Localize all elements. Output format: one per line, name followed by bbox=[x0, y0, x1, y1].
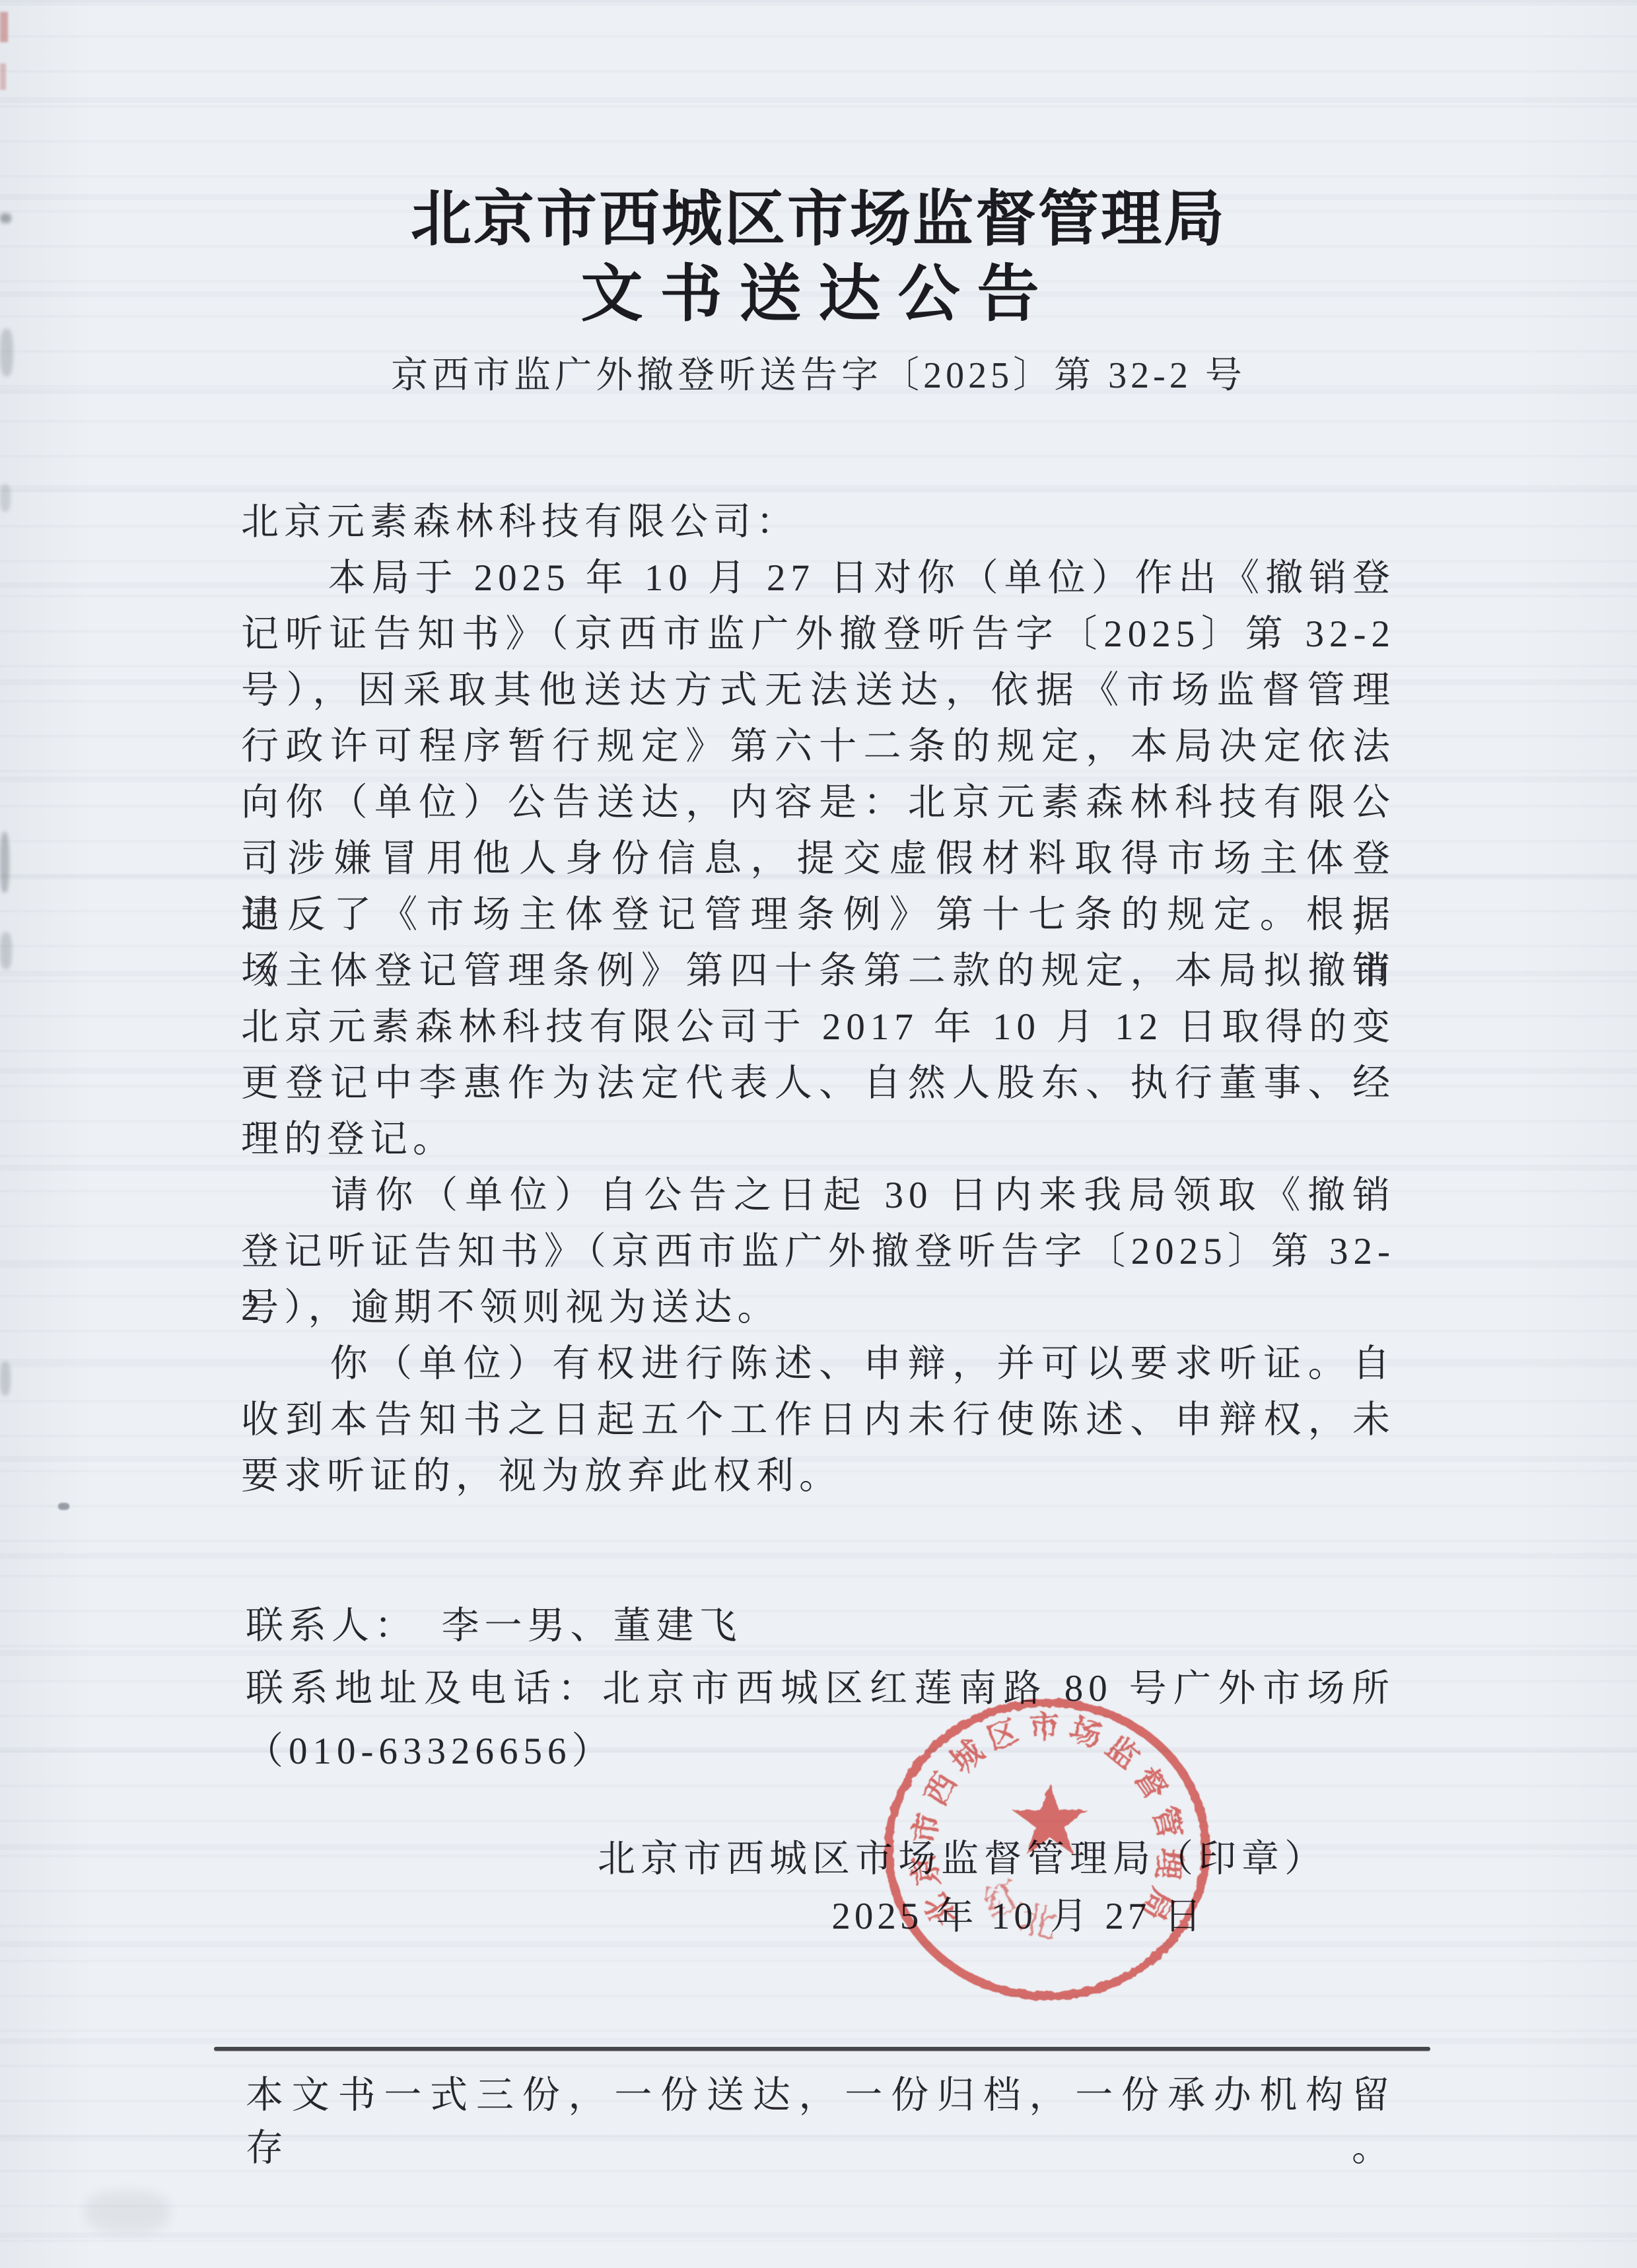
body-line: 记听证告知书》（京西市监广外撤登听告字〔2025〕第 32-2 bbox=[241, 606, 1395, 662]
scan-artifact bbox=[0, 932, 12, 969]
footer-note: 本文书一式三份，一份送达，一份归档，一份承办机构留存。 bbox=[246, 2069, 1395, 2175]
body-line: 违反了《市场主体登记管理条例》第十七条的规定。根据《市 bbox=[241, 887, 1395, 943]
body-line: 登记听证告知书》（京西市监广外撤登听告字〔2025〕第 32-2 bbox=[241, 1223, 1395, 1280]
body-line: 理的登记。 bbox=[241, 1111, 1395, 1167]
scan-artifact bbox=[0, 484, 11, 512]
body-line: 要求听证的，视为放弃此权利。 bbox=[241, 1448, 1395, 1504]
document-body: 北京元素森林科技有限公司： 本局于 2025 年 10 月 27 日对你（单位）… bbox=[241, 494, 1395, 1504]
scan-artifact bbox=[0, 1361, 11, 1396]
body-line: 号），因采取其他送达方式无法送达，依据《市场监督管理 bbox=[241, 662, 1395, 718]
body-line: 你（单位）有权进行陈述、申辩，并可以要求听证。自 bbox=[241, 1336, 1395, 1392]
body-line: 司涉嫌冒用他人身份信息，提交虚假材料取得市场主体登记， bbox=[241, 831, 1395, 887]
footer-divider-line bbox=[214, 2047, 1430, 2051]
body-line: 向你（单位）公告送达，内容是：北京元素森林科技有限公 bbox=[241, 774, 1395, 831]
body-line: 请你（单位）自公告之日起 30 日内来我局领取《撤销 bbox=[241, 1167, 1395, 1223]
document-title-line2: 文书送达公告 bbox=[0, 259, 1637, 330]
scan-artifact bbox=[0, 832, 9, 893]
body-line: 北京元素森林科技有限公司： bbox=[241, 494, 1395, 550]
contact-line: 联系人： 李一男、董建飞 bbox=[246, 1595, 1395, 1657]
seal-inner-mark: 北 bbox=[1015, 1897, 1061, 1947]
body-line: 北京元素森林科技有限公司于 2017 年 10 月 12 日取得的变 bbox=[241, 999, 1395, 1055]
body-line: 行政许可程序暂行规定》第六十二条的规定，本局决定依法 bbox=[241, 718, 1395, 774]
scanned-document-page: 北京市西城区市场监督管理局 文书送达公告 京西市监广外撤登听送告字〔2025〕第… bbox=[0, 0, 1637, 2268]
body-line: 场主体登记管理条例》第四十条第二款的规定，本局拟撤销 bbox=[241, 943, 1395, 999]
body-line: 本局于 2025 年 10 月 27 日对你（单位）作出《撤销登 bbox=[241, 550, 1395, 606]
body-line: 更登记中李惠作为法定代表人、自然人股东、执行董事、经 bbox=[241, 1055, 1395, 1111]
document-title-line1: 北京市西城区市场监督管理局 bbox=[0, 184, 1637, 255]
body-line: 号），逾期不领则视为送达。 bbox=[241, 1280, 1395, 1336]
scan-artifact bbox=[58, 1503, 69, 1510]
body-line: 收到本告知书之日起五个工作日内未行使陈述、申辩权，未 bbox=[241, 1392, 1395, 1448]
official-seal-stamp: 北京市西城区市场监督管理局 红 北 bbox=[862, 1665, 1232, 2034]
scan-artifact bbox=[0, 63, 6, 90]
scan-artifact bbox=[0, 12, 8, 42]
star-icon bbox=[1012, 1783, 1088, 1855]
document-number: 京西市监广外撤登听送告字〔2025〕第 32-2 号 bbox=[0, 346, 1637, 399]
scan-artifact bbox=[85, 2191, 170, 2233]
